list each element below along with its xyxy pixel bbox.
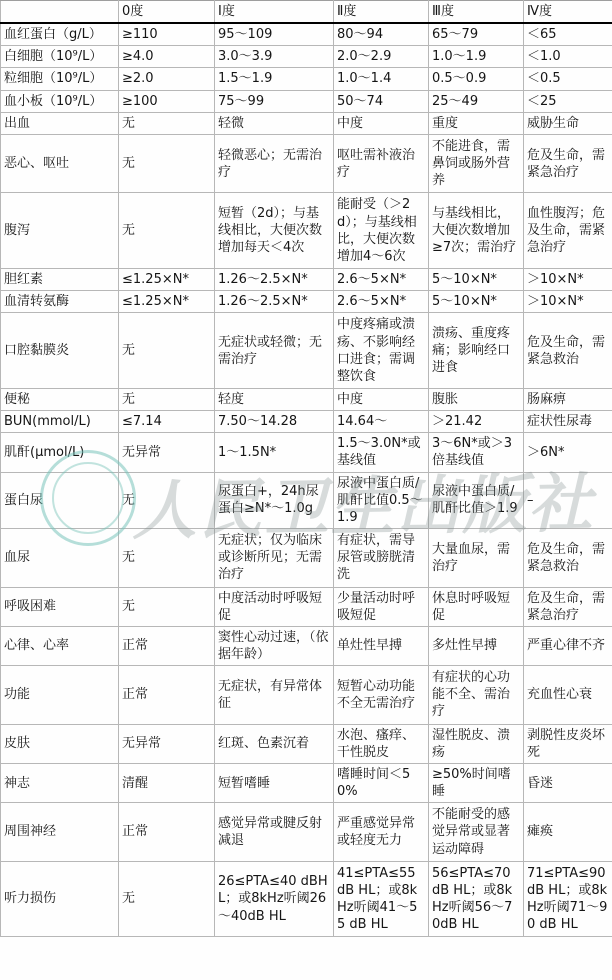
grade-cell: 3.0～3.9 xyxy=(215,46,334,68)
table-row-hearing-impairment: 听力损伤 无 26≤PTA≤40 dBHL；或8kHz听阈26～40dB HL … xyxy=(1,861,612,937)
header-cell-grade0: 0度 xyxy=(119,1,215,24)
table-row-cardiac-function: 功能 正常 无症状，有异常体征 短暂心动功能不全无需治疗 有症状的心功能不全、需… xyxy=(1,666,612,724)
grade-cell: 3～6N*或＞3倍基线值 xyxy=(429,433,524,472)
row-label: BUN(mmol/L) xyxy=(1,411,119,433)
row-label: 出血 xyxy=(1,112,119,134)
grade-cell: 14.64～ xyxy=(334,411,429,433)
grade-cell: 71≤PTA≤90 dB HL；或8kHz听阈71～90 dB HL xyxy=(524,861,612,937)
grade-cell: 56≤PTA≤70 dB HL；或8kHz听阈56～70dB HL xyxy=(429,861,524,937)
grade-cell: 无 xyxy=(119,134,215,192)
grade-cell: 轻微 xyxy=(215,112,334,134)
grade-cell: 危及生命，需紧急救治 xyxy=(524,313,612,389)
grade-cell: ≤7.14 xyxy=(119,411,215,433)
grade-cell: ≤1.25×N* xyxy=(119,269,215,291)
grade-cell: 与基线相比，大便次数增加≥7次；需治疗 xyxy=(429,193,524,269)
grade-cell: 1.5～3.0N*或基线值 xyxy=(334,433,429,472)
grade-cell: 血性腹泻；危及生命，需紧急治疗 xyxy=(524,193,612,269)
grade-cell: 7.50～14.28 xyxy=(215,411,334,433)
grade-cell: ≥4.0 xyxy=(119,46,215,68)
grade-cell: 无症状或轻微；无需治疗 xyxy=(215,313,334,389)
table-row-transaminase: 血清转氨酶 ≤1.25×N* 1.26～2.5×N* 2.6～5×N* 5～10… xyxy=(1,291,612,313)
grade-cell: 严重心律不齐 xyxy=(524,626,612,665)
grade-cell: 无异常 xyxy=(119,433,215,472)
table-row-wbc: 白细胞（10⁹/L） ≥4.0 3.0～3.9 2.0～2.9 1.0～1.9 … xyxy=(1,46,612,68)
row-label: 心律、心率 xyxy=(1,626,119,665)
row-label: 神志 xyxy=(1,763,119,802)
grade-cell: ≤1.25×N* xyxy=(119,291,215,313)
grade-cell: 无 xyxy=(119,313,215,389)
table-row-consciousness: 神志 清醒 短暂嗜睡 嗜睡时间＜50% ≥50%时间嗜睡 昏迷 xyxy=(1,763,612,802)
grade-cell: 无 xyxy=(119,193,215,269)
grade-cell: 正常 xyxy=(119,626,215,665)
table-row-skin: 皮肤 无异常 红斑、色素沉着 水泡、瘙痒、干性脱皮 湿性脱皮、溃疡 剥脱性皮炎坏… xyxy=(1,724,612,763)
grade-cell: 剥脱性皮炎坏死 xyxy=(524,724,612,763)
grade-cell: 无 xyxy=(119,587,215,626)
grade-cell: 能耐受（＞2d）；与基线相比，大便次数增加4～6次 xyxy=(334,193,429,269)
grade-cell: 中度疼痛或溃疡、不影响经口进食；需调整饮食 xyxy=(334,313,429,389)
row-label: 皮肤 xyxy=(1,724,119,763)
grade-cell: 单灶性早搏 xyxy=(334,626,429,665)
grade-cell: 无异常 xyxy=(119,724,215,763)
row-label: 周围神经 xyxy=(1,803,119,861)
table-row-nausea-vomiting: 恶心、呕吐 无 轻微恶心；无需治疗 呕吐需补液治疗 不能进食，需鼻饲或肠外营养 … xyxy=(1,134,612,192)
grade-cell: 昏迷 xyxy=(524,763,612,802)
grade-cell: 轻微恶心；无需治疗 xyxy=(215,134,334,192)
grade-cell: 无 xyxy=(119,472,215,528)
row-label: 血尿 xyxy=(1,529,119,587)
grade-cell: 5～10×N* xyxy=(429,291,524,313)
row-label: 蛋白尿 xyxy=(1,472,119,528)
grade-cell: ≥2.0 xyxy=(119,68,215,90)
table-row-bun: BUN(mmol/L) ≤7.14 7.50～14.28 14.64～ ＞21.… xyxy=(1,411,612,433)
table-row-oral-mucositis: 口腔黏膜炎 无 无症状或轻微；无需治疗 中度疼痛或溃疡、不影响经口进食；需调整饮… xyxy=(1,313,612,389)
row-label: 白细胞（10⁹/L） xyxy=(1,46,119,68)
grade-cell: 严重感觉异常或轻度无力 xyxy=(334,803,429,861)
row-label: 口腔黏膜炎 xyxy=(1,313,119,389)
toxicity-grading-table: 0度 Ⅰ度 Ⅱ度 Ⅲ度 Ⅳ度 血红蛋白（g/L） ≥110 95～109 80～… xyxy=(0,0,612,937)
grade-cell: 溃疡、重度疼痛；影响经口进食 xyxy=(429,313,524,389)
row-label: 血红蛋白（g/L） xyxy=(1,23,119,46)
grade-cell: ＞10×N* xyxy=(524,269,612,291)
grade-cell: 尿液中蛋白质/肌酐比值0.5～1.9 xyxy=(334,472,429,528)
grade-cell: 水泡、瘙痒、干性脱皮 xyxy=(334,724,429,763)
table-row-bleeding: 出血 无 轻微 中度 重度 威胁生命 xyxy=(1,112,612,134)
header-cell-blank xyxy=(1,1,119,24)
header-cell-grade4: Ⅳ度 xyxy=(524,1,612,24)
table-row-creatinine: 肌酐(μmol/L) 无异常 1～1.5N* 1.5～3.0N*或基线值 3～6… xyxy=(1,433,612,472)
grade-cell: 腹胀 xyxy=(429,388,524,410)
grade-cell: 红斑、色素沉着 xyxy=(215,724,334,763)
grade-cell: ＞21.42 xyxy=(429,411,524,433)
table-row-heart-rhythm: 心律、心率 正常 窦性心动过速，（依据年龄） 单灶性早搏 多灶性早搏 严重心律不… xyxy=(1,626,612,665)
grade-cell: 清醒 xyxy=(119,763,215,802)
grade-cell: 1～1.5N* xyxy=(215,433,334,472)
table-row-constipation: 便秘 无 轻度 中度 腹胀 肠麻痹 xyxy=(1,388,612,410)
row-label: 听力损伤 xyxy=(1,861,119,937)
grade-cell: 多灶性早搏 xyxy=(429,626,524,665)
row-label: 呼吸困难 xyxy=(1,587,119,626)
grade-cell: 危及生命，需紧急救治 xyxy=(524,529,612,587)
grade-cell: 80～94 xyxy=(334,23,429,46)
grade-cell: ＜0.5 xyxy=(524,68,612,90)
grade-cell: 湿性脱皮、溃疡 xyxy=(429,724,524,763)
grade-cell: 瘫痪 xyxy=(524,803,612,861)
grade-cell: ＞6N* xyxy=(524,433,612,472)
grade-cell: 中度活动时呼吸短促 xyxy=(215,587,334,626)
grade-cell: 75～99 xyxy=(215,90,334,112)
grade-cell: 中度 xyxy=(334,388,429,410)
grade-cell: 短暂嗜睡 xyxy=(215,763,334,802)
grade-cell: 2.6～5×N* xyxy=(334,291,429,313)
grade-cell: 1.26～2.5×N* xyxy=(215,291,334,313)
grade-cell: 无 xyxy=(119,529,215,587)
grade-cell: 正常 xyxy=(119,803,215,861)
grade-cell: 95～109 xyxy=(215,23,334,46)
grade-cell: 中度 xyxy=(334,112,429,134)
row-label: 粒细胞（10⁹/L） xyxy=(1,68,119,90)
grade-cell: 无症状；仅为临床或诊断所见；无需治疗 xyxy=(215,529,334,587)
grade-cell: 2.0～2.9 xyxy=(334,46,429,68)
grade-cell: 不能耐受的感觉异常或显著运动障碍 xyxy=(429,803,524,861)
grade-cell: 26≤PTA≤40 dBHL；或8kHz听阈26～40dB HL xyxy=(215,861,334,937)
grade-cell: 50～74 xyxy=(334,90,429,112)
grade-cell: 41≤PTA≤55 dB HL；或8kHz听阈41～55 dB HL xyxy=(334,861,429,937)
grade-cell: 少量活动时呼吸短促 xyxy=(334,587,429,626)
grade-cell: 有症状，需导尿管或膀胱清洗 xyxy=(334,529,429,587)
toxicity-grading-page: 人民卫生出版社 0度 Ⅰ度 Ⅱ度 Ⅲ度 Ⅳ度 血红蛋白（g/L） ≥110 95… xyxy=(0,0,612,980)
grade-cell: 无 xyxy=(119,861,215,937)
header-row: 0度 Ⅰ度 Ⅱ度 Ⅲ度 Ⅳ度 xyxy=(1,1,612,24)
table-row-platelet: 血小板（10⁹/L） ≥100 75～99 50～74 25～49 ＜25 xyxy=(1,90,612,112)
row-label: 血小板（10⁹/L） xyxy=(1,90,119,112)
header-cell-grade3: Ⅲ度 xyxy=(429,1,524,24)
grade-cell: 充血性心衰 xyxy=(524,666,612,724)
grade-cell: 休息时呼吸短促 xyxy=(429,587,524,626)
grade-cell: 感觉异常或腱反射减退 xyxy=(215,803,334,861)
row-label: 恶心、呕吐 xyxy=(1,134,119,192)
grade-cell: 无 xyxy=(119,112,215,134)
grade-cell: 不能进食，需鼻饲或肠外营养 xyxy=(429,134,524,192)
grade-cell: 25～49 xyxy=(429,90,524,112)
grade-cell: 威胁生命 xyxy=(524,112,612,134)
grade-cell: 65～79 xyxy=(429,23,524,46)
grade-cell: ≥100 xyxy=(119,90,215,112)
grade-cell: ≥50%时间嗜睡 xyxy=(429,763,524,802)
grade-cell: 危及生命，需紧急治疗 xyxy=(524,587,612,626)
table-row-hematuria: 血尿 无 无症状；仅为临床或诊断所见；无需治疗 有症状，需导尿管或膀胱清洗 大量… xyxy=(1,529,612,587)
grade-cell: 尿液中蛋白质/肌酐比值＞1.9 xyxy=(429,472,524,528)
grade-cell: ≥110 xyxy=(119,23,215,46)
table-row-hemoglobin: 血红蛋白（g/L） ≥110 95～109 80～94 65～79 ＜65 xyxy=(1,23,612,46)
grade-cell: ＜1.0 xyxy=(524,46,612,68)
table-row-proteinuria: 蛋白尿 无 尿蛋白+，24h尿蛋白≥N*～1.0g 尿液中蛋白质/肌酐比值0.5… xyxy=(1,472,612,528)
grade-cell: 1.0～1.4 xyxy=(334,68,429,90)
grade-cell: 1.0～1.9 xyxy=(429,46,524,68)
grade-cell: 2.6～5×N* xyxy=(334,269,429,291)
grade-cell: 5～10×N* xyxy=(429,269,524,291)
row-label: 肌酐(μmol/L) xyxy=(1,433,119,472)
table-row-peripheral-nerve: 周围神经 正常 感觉异常或腱反射减退 严重感觉异常或轻度无力 不能耐受的感觉异常… xyxy=(1,803,612,861)
table-row-bilirubin: 胆红素 ≤1.25×N* 1.26～2.5×N* 2.6～5×N* 5～10×N… xyxy=(1,269,612,291)
header-cell-grade2: Ⅱ度 xyxy=(334,1,429,24)
row-label: 功能 xyxy=(1,666,119,724)
table-row-granulocyte: 粒细胞（10⁹/L） ≥2.0 1.5～1.9 1.0～1.4 0.5～0.9 … xyxy=(1,68,612,90)
row-label: 便秘 xyxy=(1,388,119,410)
grade-cell: 窦性心动过速，（依据年龄） xyxy=(215,626,334,665)
grade-cell: 危及生命，需紧急治疗 xyxy=(524,134,612,192)
row-label: 腹泻 xyxy=(1,193,119,269)
grade-cell: 1.26～2.5×N* xyxy=(215,269,334,291)
grade-cell: 短暂（2d）；与基线相比，大便次数增加每天＜4次 xyxy=(215,193,334,269)
table-row-dyspnea: 呼吸困难 无 中度活动时呼吸短促 少量活动时呼吸短促 休息时呼吸短促 危及生命，… xyxy=(1,587,612,626)
grade-cell: 正常 xyxy=(119,666,215,724)
grade-cell: 1.5～1.9 xyxy=(215,68,334,90)
header-cell-grade1: Ⅰ度 xyxy=(215,1,334,24)
grade-cell: 有症状的心功能不全、需治疗 xyxy=(429,666,524,724)
table-row-diarrhea: 腹泻 无 短暂（2d）；与基线相比，大便次数增加每天＜4次 能耐受（＞2d）；与… xyxy=(1,193,612,269)
grade-cell: 0.5～0.9 xyxy=(429,68,524,90)
row-label: 胆红素 xyxy=(1,269,119,291)
row-label: 血清转氨酶 xyxy=(1,291,119,313)
grade-cell: 大量血尿，需治疗 xyxy=(429,529,524,587)
grade-cell: 嗜睡时间＜50% xyxy=(334,763,429,802)
grade-cell: – xyxy=(524,472,612,528)
grade-cell: ＜25 xyxy=(524,90,612,112)
grade-cell: 尿蛋白+，24h尿蛋白≥N*～1.0g xyxy=(215,472,334,528)
grade-cell: ＜65 xyxy=(524,23,612,46)
grade-cell: 重度 xyxy=(429,112,524,134)
grade-cell: 短暂心动功能不全无需治疗 xyxy=(334,666,429,724)
grade-cell: 症状性尿毒 xyxy=(524,411,612,433)
grade-cell: 无症状，有异常体征 xyxy=(215,666,334,724)
grade-cell: 呕吐需补液治疗 xyxy=(334,134,429,192)
grade-cell: 轻度 xyxy=(215,388,334,410)
grade-cell: 无 xyxy=(119,388,215,410)
grade-cell: ＞10×N* xyxy=(524,291,612,313)
grade-cell: 肠麻痹 xyxy=(524,388,612,410)
